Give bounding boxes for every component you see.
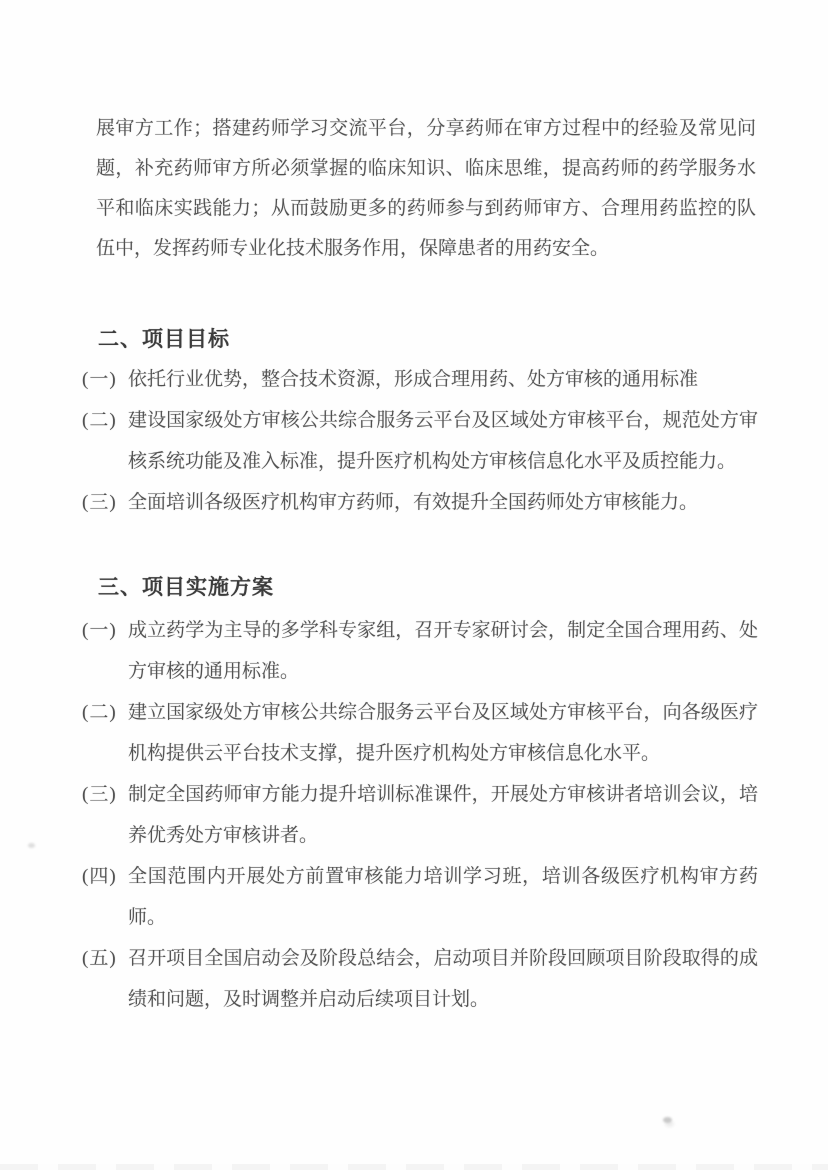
list-item-marker: (四) xyxy=(82,856,128,938)
goals-list: (一) 依托行业优势，整合技术资源，形成合理用药、处方审核的通用标准 (二) 建… xyxy=(82,359,758,523)
scan-speck-artifact xyxy=(28,843,35,848)
list-item-text: 建设国家级处方审核公共综合服务云平台及区域处方审核平台，规范处方审核系统功能及准… xyxy=(128,400,758,482)
list-item: (二) 建设国家级处方审核公共综合服务云平台及区域处方审核平台，规范处方审核系统… xyxy=(82,400,758,482)
list-item-text: 制定全国药师审方能力提升培训标准课件，开展处方审核讲者培训会议，培养优秀处方审核… xyxy=(128,774,758,856)
list-item: (五) 召开项目全国启动会及阶段总结会，启动项目并阶段回顾项目阶段取得的成绩和问… xyxy=(82,938,758,1020)
list-item-marker: (一) xyxy=(82,359,128,400)
list-item-marker: (一) xyxy=(82,610,128,692)
implementation-list: (一) 成立药学为主导的多学科专家组，召开专家研讨会，制定全国合理用药、处方审核… xyxy=(82,610,758,1020)
list-item-marker: (二) xyxy=(82,692,128,774)
list-item-text: 全面培训各级医疗机构审方药师，有效提升全国药师处方审核能力。 xyxy=(128,482,758,523)
scan-speck-artifact xyxy=(663,1117,672,1123)
section-goals-heading: 二、项目目标 xyxy=(98,324,758,354)
list-item-text: 召开项目全国启动会及阶段总结会，启动项目并阶段回顾项目阶段取得的成绩和问题，及时… xyxy=(128,938,758,1020)
scanned-document-page: 展审方工作；搭建药师学习交流平台，分享药师在审方过程中的经验及常见问题，补充药师… xyxy=(0,0,828,1170)
list-item-marker: (二) xyxy=(82,400,128,482)
section-implementation-heading: 三、项目实施方案 xyxy=(98,572,758,602)
list-item: (三) 全面培训各级医疗机构审方药师，有效提升全国药师处方审核能力。 xyxy=(82,482,758,523)
list-item: (一) 成立药学为主导的多学科专家组，召开专家研讨会，制定全国合理用药、处方审核… xyxy=(82,610,758,692)
list-item: (一) 依托行业优势，整合技术资源，形成合理用药、处方审核的通用标准 xyxy=(82,359,758,400)
list-item-marker: (三) xyxy=(82,482,128,523)
list-item: (二) 建立国家级处方审核公共综合服务云平台及区域处方审核平台，向各级医疗机构提… xyxy=(82,692,758,774)
list-item-text: 建立国家级处方审核公共综合服务云平台及区域处方审核平台，向各级医疗机构提供云平台… xyxy=(128,692,758,774)
list-item: (三) 制定全国药师审方能力提升培训标准课件，开展处方审核讲者培训会议，培养优秀… xyxy=(82,774,758,856)
list-item-text: 成立药学为主导的多学科专家组，召开专家研讨会，制定全国合理用药、处方审核的通用标… xyxy=(128,610,758,692)
list-item-marker: (三) xyxy=(82,774,128,856)
list-item-text: 依托行业优势，整合技术资源，形成合理用药、处方审核的通用标准 xyxy=(128,359,758,400)
scan-bottom-edge-artifact xyxy=(0,1164,828,1170)
list-item: (四) 全国范围内开展处方前置审核能力培训学习班，培训各级医疗机构审方药师。 xyxy=(82,856,758,938)
document-content: 展审方工作；搭建药师学习交流平台，分享药师在审方过程中的经验及常见问题，补充药师… xyxy=(82,0,758,1020)
list-item-marker: (五) xyxy=(82,938,128,1020)
list-item-text: 全国范围内开展处方前置审核能力培训学习班，培训各级医疗机构审方药师。 xyxy=(128,856,758,938)
intro-paragraph: 展审方工作；搭建药师学习交流平台，分享药师在审方过程中的经验及常见问题，补充药师… xyxy=(96,109,756,269)
